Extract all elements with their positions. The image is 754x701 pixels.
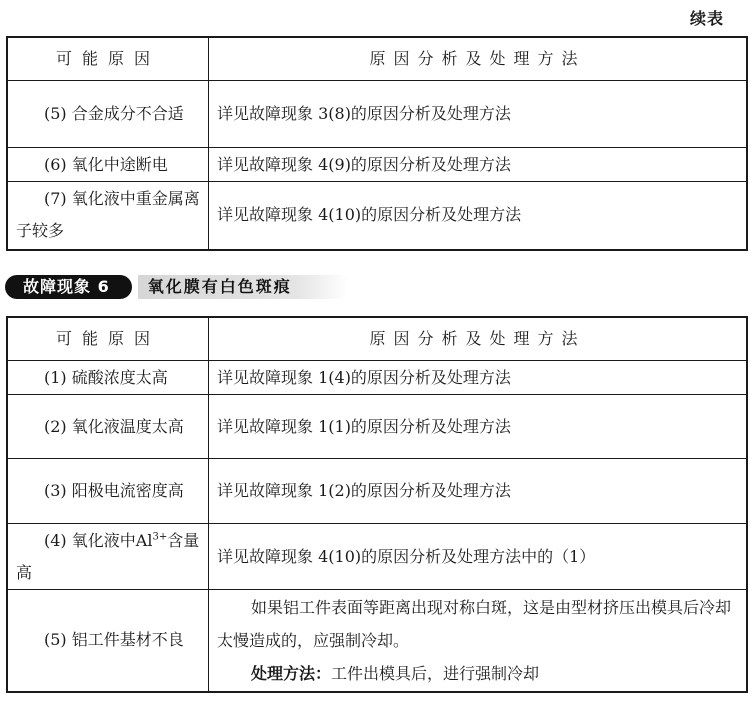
cause-text-pre: 氧化液中Al [72,531,153,550]
method-action: 处理方法：工件出模具后，进行强制冷却 [217,657,738,690]
method-cell: 详见故障现象 1(2)的原因分析及处理方法 [209,459,748,524]
table-row: (3) 阳极电流密度高 详见故障现象 1(2)的原因分析及处理方法 [7,459,747,524]
method-cell: 详见故障现象 3(8)的原因分析及处理方法 [209,81,748,148]
table-row: (2) 氧化液温度太高 详见故障现象 1(1)的原因分析及处理方法 [7,395,747,459]
cause-cell: (3) 阳极电流密度高 [7,459,209,524]
method-action-label: 处理方法： [251,664,331,683]
fault-section-header: 故障现象 6 氧化膜有白色斑痕 [5,275,348,299]
cause-cell: (5) 合金成分不合适 [7,81,209,148]
cause-number: (4) [44,531,67,550]
cause-cell: (1) 硫酸浓度太高 [7,361,209,395]
method-cell: 详见故障现象 1(1)的原因分析及处理方法 [209,395,748,459]
table-row: (4) 氧化液中Al3+含量高 详见故障现象 4(10)的原因分析及处理方法中的… [7,524,747,590]
table-row: (6) 氧化中途断电 详见故障现象 4(9)的原因分析及处理方法 [7,148,747,182]
cause-number: (7) [44,189,67,208]
table-header-row: 可能原因 原因分析及处理方法 [7,317,747,361]
column-header-analysis-method: 原因分析及处理方法 [209,317,748,361]
table-row: (1) 硫酸浓度太高 详见故障现象 1(4)的原因分析及处理方法 [7,361,747,395]
method-cell: 详见故障现象 4(10)的原因分析及处理方法 [209,182,748,250]
method-action-text: 工件出模具后，进行强制冷却 [331,664,539,683]
method-cell: 如果铝工件表面等距离出现对称白斑，这是由型材挤压出模具后冷却太慢造成的，应强制冷… [209,590,748,692]
fault-table-continued: 可能原因 原因分析及处理方法 (5) 合金成分不合适 详见故障现象 3(8)的原… [6,36,748,251]
cause-number: (2) [44,417,67,436]
column-header-possible-cause: 可能原因 [7,37,209,81]
column-header-analysis-method: 原因分析及处理方法 [209,37,748,81]
method-explanation: 如果铝工件表面等距离出现对称白斑，这是由型材挤压出模具后冷却太慢造成的，应强制冷… [217,591,738,657]
method-cell: 详见故障现象 4(10)的原因分析及处理方法中的（1） [209,524,748,590]
cause-number: (6) [44,155,67,174]
cause-cell: (2) 氧化液温度太高 [7,395,209,459]
method-cell: 详见故障现象 4(9)的原因分析及处理方法 [209,148,748,182]
cause-text: 硫酸浓度太高 [72,368,168,387]
table-row: (5) 铝工件基材不良 如果铝工件表面等距离出现对称白斑，这是由型材挤压出模具后… [7,590,747,692]
continued-table-label: 续表 [690,6,724,29]
table-row: (7) 氧化液中重金属离子较多 详见故障现象 4(10)的原因分析及处理方法 [7,182,747,250]
column-header-possible-cause: 可能原因 [7,317,209,361]
cause-number: (5) [44,630,67,649]
cause-number: (1) [44,368,67,387]
ion-charge-superscript: 3+ [152,531,167,542]
cause-text: 铝工件基材不良 [72,630,184,649]
table-header-row: 可能原因 原因分析及处理方法 [7,37,747,81]
cause-cell: (5) 铝工件基材不良 [7,590,209,692]
cause-number: (5) [44,104,67,123]
cause-text: 合金成分不合适 [72,104,184,123]
fault-number-badge: 故障现象 6 [5,275,132,299]
method-cell: 详见故障现象 1(4)的原因分析及处理方法 [209,361,748,395]
cause-cell: (7) 氧化液中重金属离子较多 [7,182,209,250]
fault-title: 氧化膜有白色斑痕 [138,275,348,299]
cause-text: 氧化中途断电 [72,155,168,174]
cause-text: 阳极电流密度高 [72,481,184,500]
cause-text: 氧化液温度太高 [72,417,184,436]
cause-number: (3) [44,481,67,500]
cause-cell: (6) 氧化中途断电 [7,148,209,182]
fault-table: 可能原因 原因分析及处理方法 (1) 硫酸浓度太高 详见故障现象 1(4)的原因… [6,316,748,693]
table-row: (5) 合金成分不合适 详见故障现象 3(8)的原因分析及处理方法 [7,81,747,148]
cause-cell: (4) 氧化液中Al3+含量高 [7,524,209,590]
